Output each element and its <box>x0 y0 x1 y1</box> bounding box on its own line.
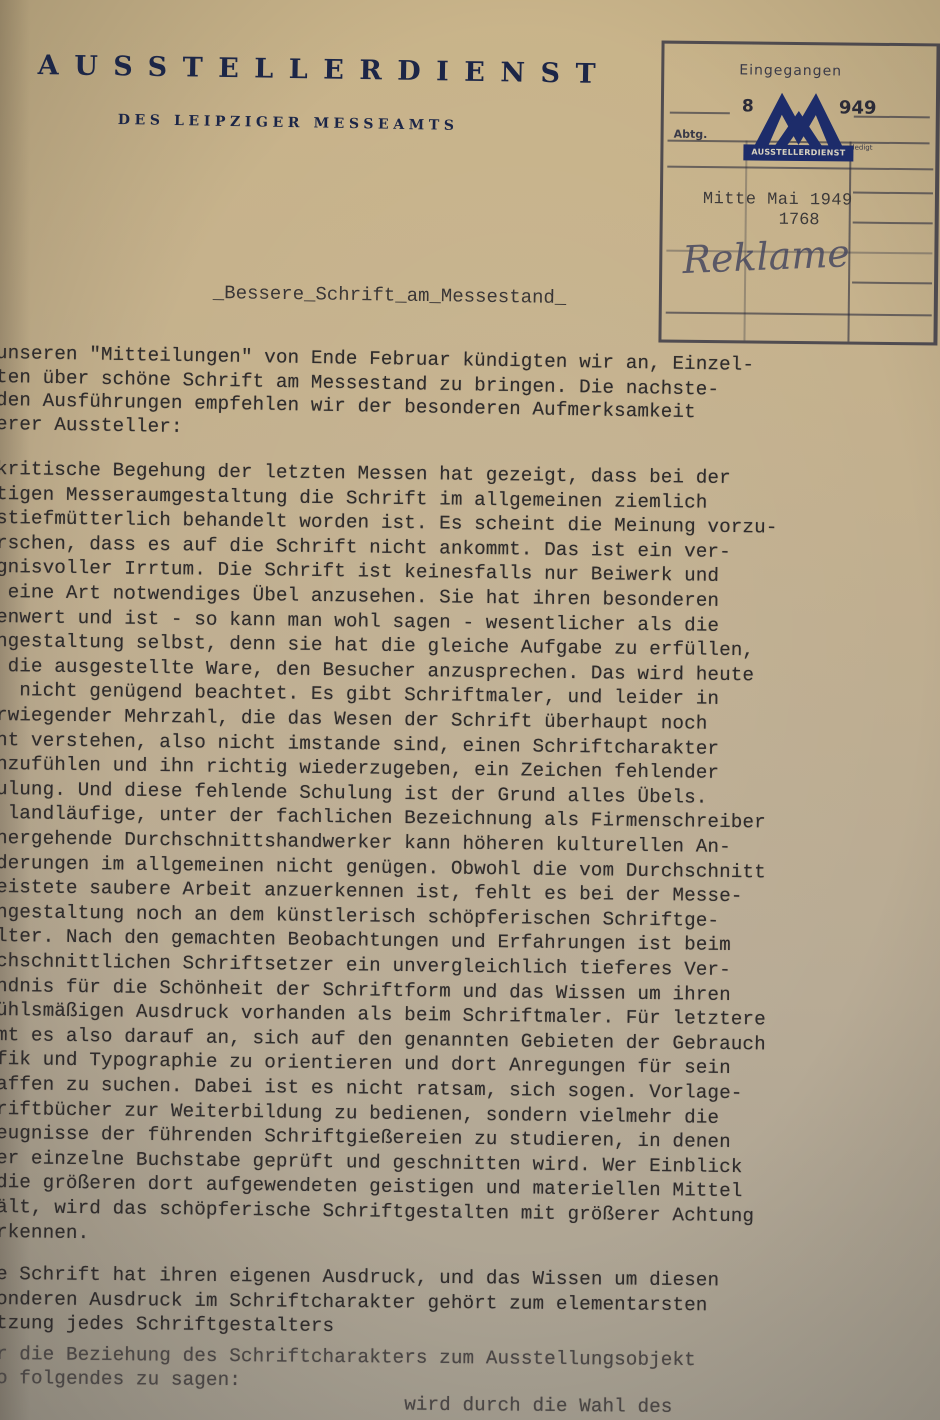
text-line: wird durch die Wahl des <box>0 1390 673 1418</box>
text-line: erer Aussteller: <box>0 413 183 438</box>
received-stamp: Eingegangen 8 949 Abtg. erledigt AUSSTEL… <box>658 41 940 346</box>
text-line: r die Beziehung des Schriftcharakters zu… <box>0 1343 696 1371</box>
stamp-typed-number: 1768 <box>779 211 820 230</box>
stamp-received-label: Eingegangen <box>739 62 842 79</box>
stamp-typed-date: Mitte Mai 1949 <box>703 190 853 211</box>
text-line: o folgendes zu sagen: <box>0 1367 241 1391</box>
stamp-department-label: Abtg. <box>674 128 708 141</box>
handwritten-note: Reklame <box>681 231 850 282</box>
text-line: onderen Ausdruck im Schriftcharakter geh… <box>0 1288 708 1316</box>
letterhead-title: AUSSTELLERDIENST <box>38 50 612 90</box>
text-line: e Schrift hat ihren eigenen Ausdruck, un… <box>0 1263 719 1291</box>
stamp-logo-label: AUSSTELLERDIENST <box>743 144 853 161</box>
text-line: tzung jedes Schriftgestalters <box>0 1312 334 1337</box>
text-line: rkennen. <box>0 1221 89 1244</box>
document-heading: _Bessere_Schrift_am_Messestand_ <box>213 282 567 309</box>
letterhead-subtitle: DES LEIPZIGER MESSEAMTS <box>118 112 459 134</box>
